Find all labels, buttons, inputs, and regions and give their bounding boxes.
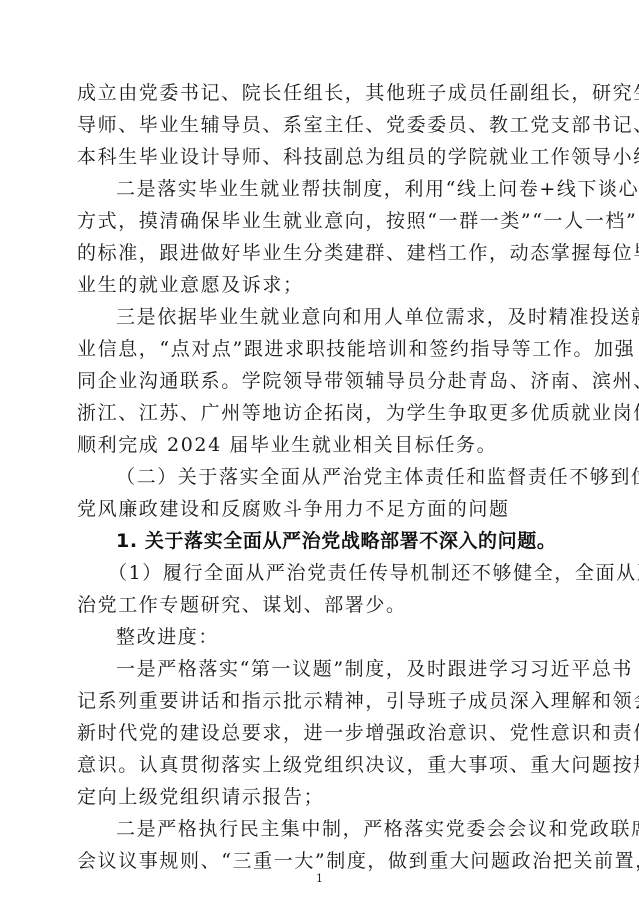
- text-line: 成立由党委书记、院长任组长，其他班子成员任副组长，研究生: [77, 77, 577, 109]
- text-line: 本科生毕业设计导师、科技副总为组员的学院就业工作领导小组；: [77, 141, 577, 173]
- text-line: 新时代党的建设总要求，进一步增强政治意识、党性意识和责任: [77, 717, 577, 749]
- paragraph-start: 三是依据毕业生就业意向和用人单位需求，及时精准投送就: [116, 301, 616, 333]
- text-line: 导师、毕业生辅导员、系室主任、党委委员、教工党支部书记、: [77, 109, 577, 141]
- section-heading: （二）关于落实全面从严治党主体责任和监督责任不够到位，: [116, 461, 616, 493]
- item-heading: （1）履行全面从严治党责任传导机制还不够健全，全面从严: [108, 557, 608, 589]
- paragraph-start: 二是严格执行民主集中制，严格落实党委会会议和党政联席: [116, 813, 616, 845]
- text-line: 的标准，跟进做好毕业生分类建群、建档工作，动态掌握每位毕: [77, 237, 577, 269]
- text-line: 顺利完成 2024 届毕业生就业相关目标任务。: [77, 429, 577, 461]
- subsection-heading: 1. 关于落实全面从严治党战略部署不深入的问题。: [116, 525, 616, 557]
- progress-label: 整改进度：: [116, 621, 616, 653]
- text-line: 同企业沟通联系。学院领导带领辅导员分赴青岛、济南、滨州、: [77, 365, 577, 397]
- document-page: 成立由党委书记、院长任组长，其他班子成员任副组长，研究生 导师、毕业生辅导员、系…: [0, 0, 639, 905]
- text-line: 方式，摸清确保毕业生就业意向，按照“一群一类”“一人一档”: [77, 205, 577, 237]
- page-number: 1: [0, 872, 639, 885]
- text-line: 治党工作专题研究、谋划、部署少。: [77, 589, 577, 621]
- text-line: 意识。认真贯彻落实上级党组织决议，重大事项、重大问题按规: [77, 749, 577, 781]
- text-line: 记系列重要讲话和指示批示精神，引导班子成员深入理解和领会: [77, 685, 577, 717]
- paragraph-start: 二是落实毕业生就业帮扶制度，利用“线上问卷+线下谈心”: [116, 173, 616, 205]
- text-line: 定向上级党组织请示报告；: [77, 781, 577, 813]
- paragraph-start: 一是严格落实“第一议题”制度，及时跟进学习习近平总书: [116, 653, 616, 685]
- section-heading-cont: 党风廉政建设和反腐败斗争用力不足方面的问题: [77, 493, 577, 525]
- text-line: 业生的就业意愿及诉求；: [77, 269, 577, 301]
- text-line: 浙江、江苏、广州等地访企拓岗，为学生争取更多优质就业岗位。: [77, 397, 577, 429]
- text-line: 业信息，“点对点”跟进求职技能培训和签约指导等工作。加强: [77, 333, 577, 365]
